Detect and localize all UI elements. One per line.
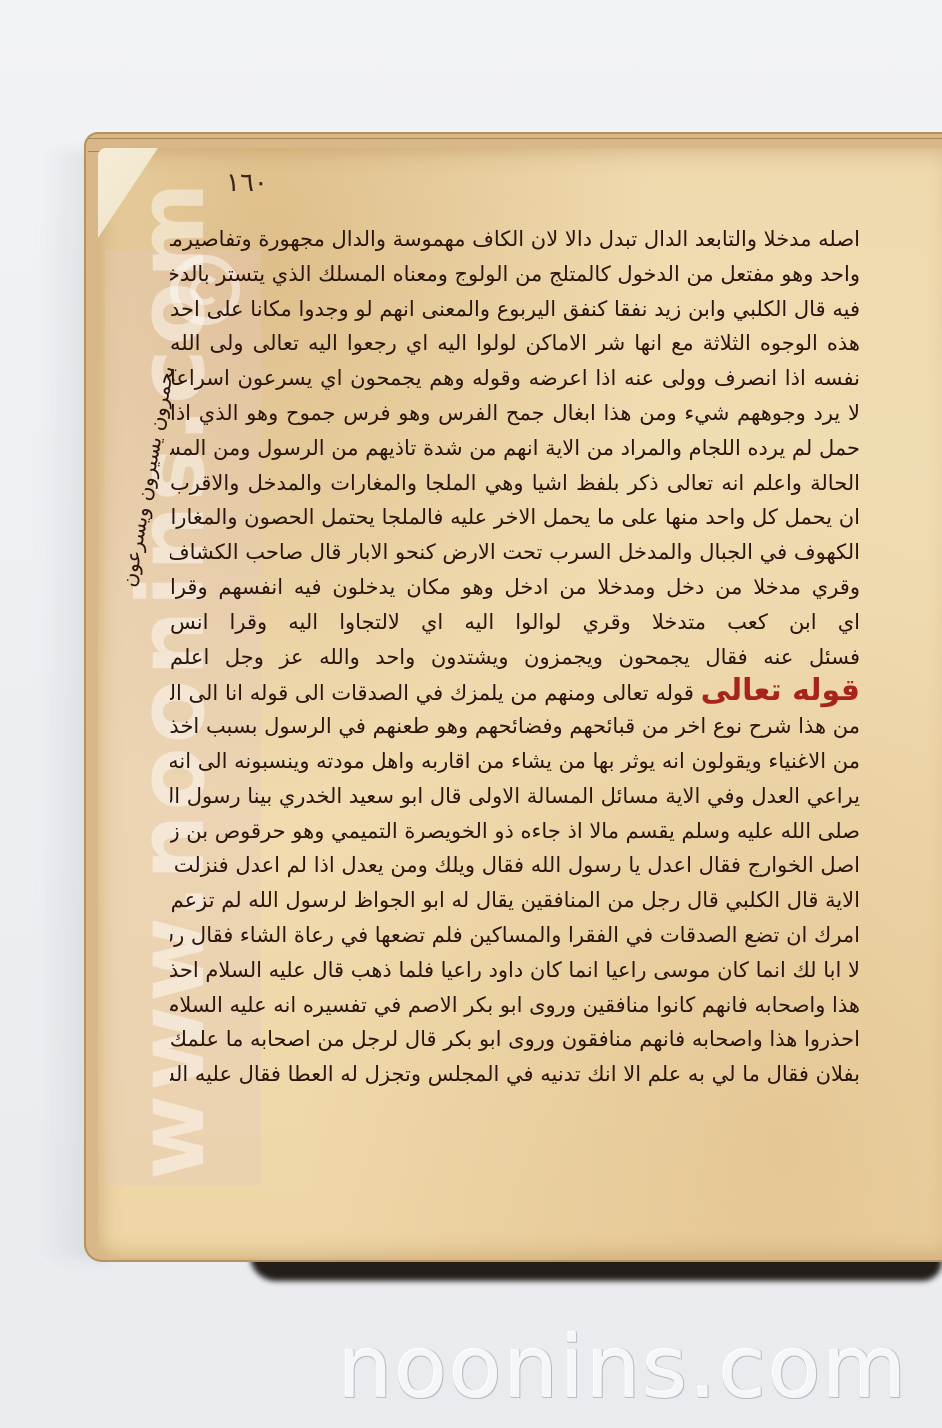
text-line-3: فيه قال الكلبي وابن زيد نفقا كنفق اليربو…	[170, 292, 860, 327]
text-line-11: وقري مدخلا من دخل ومدخلا من ادخل وهو مكا…	[170, 570, 860, 605]
text-line-15: من هذا شرح نوع اخر من قبائحهم وفضائحهم و…	[170, 709, 860, 744]
text-line-24: احذروا هذا واصحابه فانهم منافقون وروى اب…	[170, 1022, 860, 1057]
text-line-23: هذا واصحابه فانهم كانوا منافقين وروى ابو…	[170, 988, 860, 1023]
folio-number: ١٦٠	[226, 168, 268, 198]
text-line-21: امرك ان تضع الصدقات في الفقرا والمساكين …	[170, 918, 860, 953]
text-line-18: صلى الله عليه وسلم يقسم مالا اذ جاءه ذو …	[170, 814, 860, 849]
text-line-1: اصله مدخلا والتابعد الدال تبدل دالا لان …	[170, 222, 860, 257]
text-line-2: واحد وهو مفتعل من الدخول كالمتلج من الول…	[170, 257, 860, 292]
text-line-5: نفسه اذا انصرف وولى عنه اذا اعرضه وقوله …	[170, 361, 860, 396]
text-line-7: حمل لم يرده اللجام والمراد من الاية انهم…	[170, 431, 860, 466]
text-line-14: قوله تعالى ومنهم من يلمزك في الصدقات الى…	[170, 681, 694, 705]
main-text-block: اصله مدخلا والتابعد الدال تبدل دالا لان …	[170, 222, 860, 1092]
text-line-4: هذه الوجوه الثلاثة مع انها شر الاماكن لو…	[170, 326, 860, 361]
text-line-12: اي ابن كعب متدخلا وقري لوالوا اليه اي لا…	[170, 605, 860, 640]
rubric-heading: قوله تعالى	[701, 674, 860, 708]
text-line-17: يراعي العدل وفي الاية مسائل المسالة الاو…	[170, 779, 860, 814]
text-line-14-section-heading: قوله تعالى قوله تعالى ومنهم من يلمزك في …	[170, 674, 860, 709]
site-watermark: noonins.com	[338, 1318, 908, 1418]
text-line-16: من الاغنياء ويقولون انه يوثر بها من يشاء…	[170, 744, 860, 779]
text-line-20: الاية قال الكلبي قال رجل من المنافقين يق…	[170, 883, 860, 918]
text-line-13: فسئل عنه فقال يجمحون ويجمزون ويشتدون واح…	[170, 640, 860, 675]
text-line-25: بفلان فقال ما لي به علم الا انك تدنيه في…	[170, 1057, 860, 1092]
text-line-22: لا ابا لك انما كان موسى راعيا انما كان د…	[170, 953, 860, 988]
text-line-19: اصل الخوارج فقال اعدل يا رسول الله فقال …	[170, 848, 860, 883]
text-line-9: ان يحمل كل واحد منها على ما يحمل الاخر ع…	[170, 500, 860, 535]
text-line-6: لا يرد وجوههم شيء ومن هذا ابغال جمح الفر…	[170, 396, 860, 431]
text-line-10: الكهوف في الجبال والمدخل السرب تحت الارض…	[170, 535, 860, 570]
text-line-8: الحالة واعلم انه تعالى ذكر بلفظ اشيا وهي…	[170, 466, 860, 501]
